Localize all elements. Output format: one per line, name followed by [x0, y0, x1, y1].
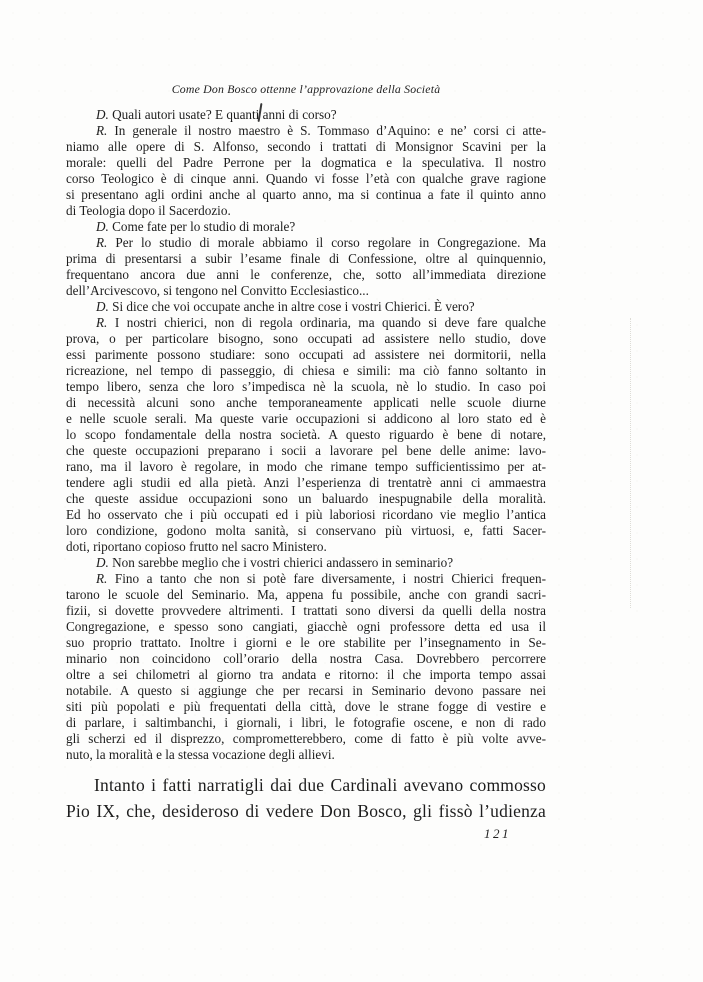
text-line: frequentano ancora due anni le conferenz…: [66, 267, 546, 283]
text-line: Pio IX, che, desideroso di vedere Don Bo…: [66, 798, 546, 824]
text-line: gli scherzi ed il disprezzo, compromette…: [66, 731, 546, 747]
paragraph: R. I nostri chierici, non di regola ordi…: [66, 315, 546, 555]
text-line: di Teologia dopo il Sacerdozio.: [66, 203, 546, 219]
text-line: si presentano agli ordini anche al quart…: [66, 187, 546, 203]
speaker-label: R.: [96, 571, 107, 586]
text-line: Intanto i fatti narratigli dai due Cardi…: [66, 772, 546, 798]
text-line: ricreazione, nel tempo di passeggio, di …: [66, 363, 546, 379]
text-line: prima di presentarsi a subir l’esame fin…: [66, 251, 546, 267]
text-line: nuto, la moralità e la stessa vocazione …: [66, 747, 546, 763]
paragraph: R. Fino a tanto che non si potè fare div…: [66, 571, 546, 763]
text-line: prova, o per particolare bisogno, sono o…: [66, 331, 546, 347]
text-line: lo scopo fondamentale della nostra socie…: [66, 427, 546, 443]
page-number: 121: [484, 826, 511, 842]
speaker-label: R.: [96, 235, 107, 250]
text-line: siti più popolati e più frequentati dell…: [66, 699, 546, 715]
text-line: che queste occupazioni preparano i socii…: [66, 443, 546, 459]
speaker-label: R.: [96, 315, 107, 330]
speaker-label: D.: [96, 107, 109, 122]
text-line: oltre a sei chilometri al giorno tra and…: [66, 667, 546, 683]
text-line: niamo alle opere di S. Alfonso, secondo …: [66, 139, 546, 155]
text-line: fizii, si dovette provvedere altrimenti.…: [66, 603, 546, 619]
text-line: tendere agli studii ed alla pietà. Anzi …: [66, 475, 546, 491]
text-line: tempo libero, senza che loro s’impedisca…: [66, 379, 546, 395]
text-line: R. I nostri chierici, non di regola ordi…: [66, 315, 546, 331]
text-line: dell’Arcivescovo, si tengono nel Convitt…: [66, 283, 546, 299]
text-line: tarono le scuole del Seminario. Ma, appe…: [66, 587, 546, 603]
scan-edge-dots: [630, 318, 631, 608]
text-line: D. Quali autori usate? E quanti anni di …: [66, 107, 546, 123]
running-title: Come Don Bosco ottenne l’approvazione de…: [66, 82, 546, 97]
book-page: Come Don Bosco ottenne l’approvazione de…: [0, 0, 703, 982]
text-column: D. Quali autori usate? E quanti anni di …: [66, 107, 546, 824]
text-line: R. Per lo studio di morale abbiamo il co…: [66, 235, 546, 251]
speaker-label: R.: [96, 123, 107, 138]
text-line: Congregazione, e spesso sono cangiati, g…: [66, 619, 546, 635]
text-line: D. Si dice che voi occupate anche in alt…: [66, 299, 546, 315]
speaker-label: D.: [96, 219, 109, 234]
text-line: di parlare, i saltimbanchi, i giornali, …: [66, 715, 546, 731]
text-line: suo proprio trattato. Inoltre i giorni e…: [66, 635, 546, 651]
text-line: doti, riportano copioso frutto nel sacro…: [66, 539, 546, 555]
text-line: e nelle scuole serali. Ma queste varie o…: [66, 411, 546, 427]
paragraph: R. Per lo studio di morale abbiamo il co…: [66, 235, 546, 299]
text-line: notabile. A questo si aggiunge che per r…: [66, 683, 546, 699]
text-line: R. In generale il nostro maestro è S. To…: [66, 123, 546, 139]
paragraph: D. Come fate per lo studio di morale?: [66, 219, 546, 235]
paragraph: D. Non sarebbe meglio che i vostri chier…: [66, 555, 546, 571]
text-line: di necessità alcuni sono anche temporane…: [66, 395, 546, 411]
text-line: essi parimente possono studiare: sono oc…: [66, 347, 546, 363]
text-line: loro condizione, godono molta sanità, si…: [66, 523, 546, 539]
text-line: rano, ma il lavoro è regolare, in modo c…: [66, 459, 546, 475]
text-line: D. Non sarebbe meglio che i vostri chier…: [66, 555, 546, 571]
paragraph: Intanto i fatti narratigli dai due Cardi…: [66, 772, 546, 824]
text-line: R. Fino a tanto che non si potè fare div…: [66, 571, 546, 587]
text-line: che queste assidue occupazioni sono un b…: [66, 491, 546, 507]
text-line: corso Teologico è di cinque anni. Quando…: [66, 171, 546, 187]
speaker-label: D.: [96, 555, 109, 570]
speaker-label: D.: [96, 299, 109, 314]
text-line: morale: quelli del Padre Perrone per la …: [66, 155, 546, 171]
paragraph: D. Si dice che voi occupate anche in alt…: [66, 299, 546, 315]
text-line: D. Come fate per lo studio di morale?: [66, 219, 546, 235]
paragraph: D. Quali autori usate? E quanti anni di …: [66, 107, 546, 123]
text-line: minario non coincidono coll’orario della…: [66, 651, 546, 667]
paragraph: R. In generale il nostro maestro è S. To…: [66, 123, 546, 219]
text-line: Ed ho osservato che i più occupati ed i …: [66, 507, 546, 523]
